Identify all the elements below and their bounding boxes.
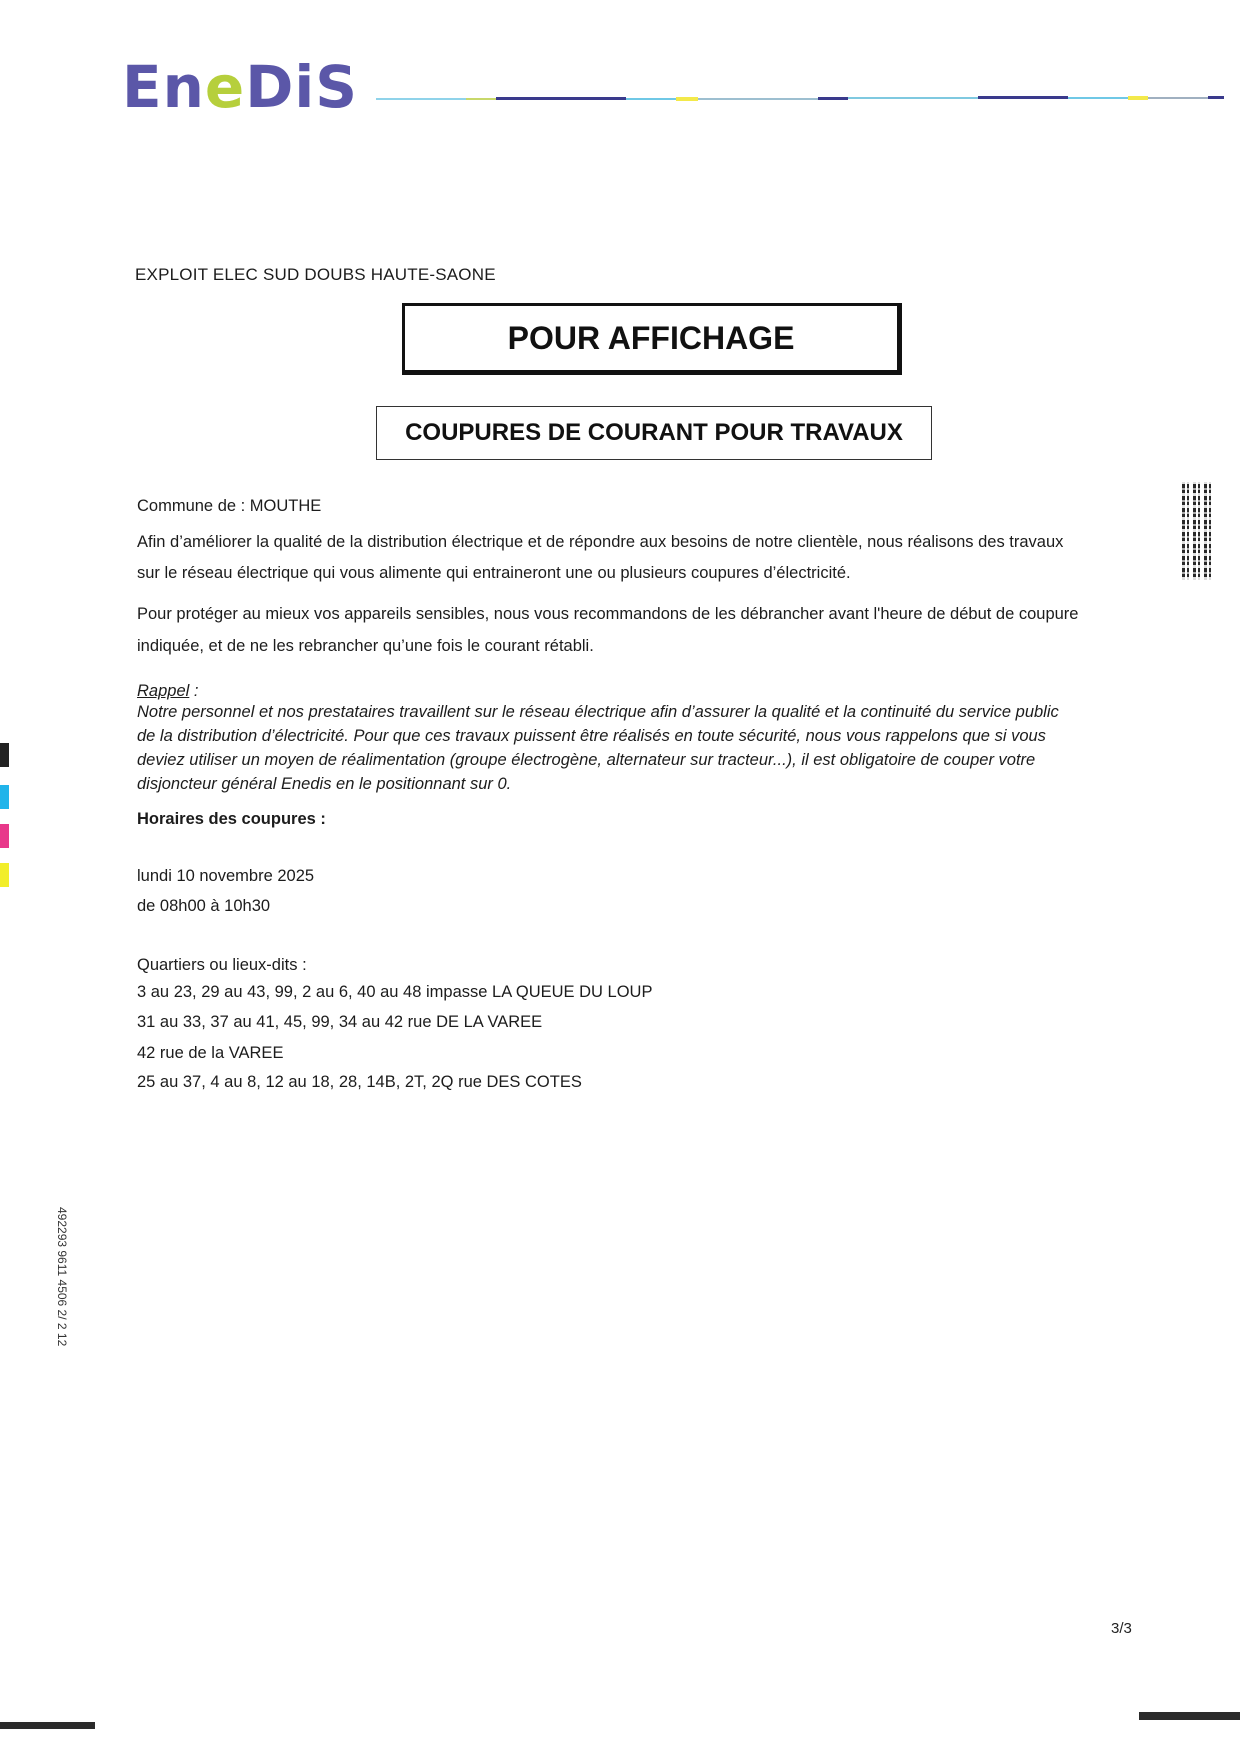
registration-mark-right <box>1139 1712 1240 1720</box>
side-tracking-code: 492293 9611 4506 2/ 2 12 <box>55 1207 69 1407</box>
intro-line-2: sur le réseau électrique qui vous alimen… <box>137 556 851 590</box>
location-item: 3 au 23, 29 au 43, 99, 2 au 6, 40 au 48 … <box>137 975 652 1009</box>
reminder-label-text: Rappel <box>137 682 189 700</box>
reminder-label-suffix: : <box>189 682 198 700</box>
advice-line-1: Pour protéger au mieux vos appareils sen… <box>137 597 1078 631</box>
reminder-line-1: Notre personnel et nos prestataires trav… <box>137 699 1059 725</box>
schedule-time: de 08h00 à 10h30 <box>137 889 270 923</box>
page-number: 3/3 <box>1111 1620 1132 1637</box>
subtitle-text: COUPURES DE COURANT POUR TRAVAUX <box>405 419 903 447</box>
title-text: POUR AFFICHAGE <box>508 320 795 357</box>
logo-text-e: e <box>205 53 245 121</box>
enedis-logo: EneDiS <box>122 58 358 116</box>
reminder-line-3: deviez utiliser un moyen de réalimentati… <box>137 747 1035 773</box>
swatch-yellow <box>0 863 9 887</box>
registration-mark-left <box>0 1722 95 1729</box>
reminder-line-2: de la distribution d’électricité. Pour q… <box>137 723 1046 749</box>
schedule-date: lundi 10 novembre 2025 <box>137 859 314 893</box>
datamatrix-code <box>1182 482 1214 580</box>
schedule-heading: Horaires des coupures : <box>137 802 326 836</box>
logo-text-dis: DiS <box>245 53 358 121</box>
title-box-pour-affichage: POUR AFFICHAGE <box>402 303 902 375</box>
advice-line-2: indiquée, et de ne les rebrancher qu’une… <box>137 629 594 663</box>
swatch-black <box>0 743 9 767</box>
subtitle-box: COUPURES DE COURANT POUR TRAVAUX <box>376 406 932 460</box>
reminder-line-4: disjoncteur général Enedis en le positio… <box>137 771 511 797</box>
intro-line-1: Afin d’améliorer la qualité de la distri… <box>137 525 1063 559</box>
issuing-department: EXPLOIT ELEC SUD DOUBS HAUTE-SAONE <box>135 265 496 285</box>
commune-line: Commune de : MOUTHE <box>137 489 321 523</box>
brand-line-decoration <box>376 96 1224 101</box>
swatch-cyan <box>0 785 9 809</box>
location-item: 31 au 33, 37 au 41, 45, 99, 34 au 42 rue… <box>137 1005 542 1039</box>
swatch-magenta <box>0 824 9 848</box>
logo-text-en: En <box>122 53 205 121</box>
location-item: 25 au 37, 4 au 8, 12 au 18, 28, 14B, 2T,… <box>137 1065 582 1099</box>
